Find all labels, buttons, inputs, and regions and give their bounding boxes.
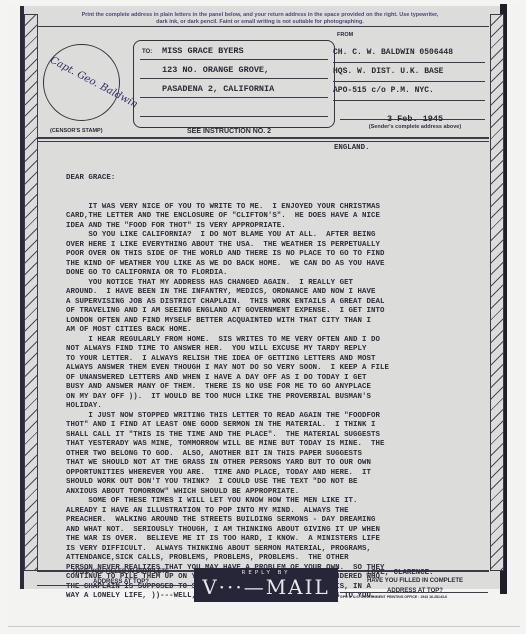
letter-body: DEAR GRACE: IT WAS VERY NICE OF YOU TO W… xyxy=(66,140,496,611)
letter-line: I HEAR REGULARLY FROM HOME. SIS WRITES T… xyxy=(66,336,496,346)
letter-line: ALREADY I HAVE AN ILLUSTRATION TO POP IN… xyxy=(66,507,496,517)
letter-line: THOT" AND I FIND AT LEAST ONE GOOD SERMO… xyxy=(66,421,496,431)
letter-line: SOME OF THESE TIMES I WILL LET YOU KNOW … xyxy=(66,497,496,507)
letter-line: OTHER TWO BELONG TO GOD. ALSO, ANOTHER B… xyxy=(66,450,496,460)
vmail-logo: V···—MAIL xyxy=(194,576,338,598)
censor-stamp: Capt. Geo. Baldwin xyxy=(43,44,120,121)
letter-line: ATTENDANCE,SICK CALLS, PROBLEMS, PROBLEM… xyxy=(66,554,496,564)
letter-line: SHALL CALL IT "THIS IS THE TIME AND THE … xyxy=(66,431,496,441)
censor-signature: Capt. Geo. Baldwin xyxy=(48,55,124,102)
letter-line: SHOULD WORK OUT DON'T YOU THINK? I COULD… xyxy=(66,478,496,488)
letter-line: OF UNANSWERED LETTERS AND WHEN I HAVE A … xyxy=(66,374,496,384)
letter-line: THAT WE SHOULD NOT AT THE GRASS IN OTHER… xyxy=(66,459,496,469)
letter-line: LONDON OFTEN AND FIND MYSELF BETTER ACQU… xyxy=(66,317,496,327)
letter-line: TO YOUR LETTER. I ALWAYS RELISH THE IDEA… xyxy=(66,355,496,365)
letter-lines: IT WAS VERY NICE OF YOU TO WRITE TO ME. … xyxy=(66,203,496,602)
letter-line: AND WHAT NOT. SERIOUSLY THOUGH, I AM THI… xyxy=(66,526,496,536)
vmail-logo-panel: REPLY BY V···—MAIL xyxy=(194,568,338,602)
letter-line: CARD,THE LETTER AND THE ENCLOSURE OF "CL… xyxy=(66,212,496,222)
to-address-line: 123 NO. ORANGE GROVE, xyxy=(140,62,328,79)
letter-line: DONE GO TO CALIFORNIA OR TO FLORDIA. xyxy=(66,269,496,279)
letter-date: 3 Feb. 1945 xyxy=(355,115,475,124)
letter-line: A SUPERVISING JOB AS DISTRICT CHAPLAIN. … xyxy=(66,298,496,308)
letter-line: BUSY AND ANSWER MANY OF THEM. THERE IS N… xyxy=(66,383,496,393)
letter-line: AM OF MOST CITIES BACK HOME. xyxy=(66,326,496,336)
letter-line: THE WAR IS OVER. BELIEVE ME IT IS TOO HA… xyxy=(66,535,496,545)
letter-line: THE KIND OF WEATHER YOU LIKE AS WE DO BA… xyxy=(66,260,496,270)
letter-line: OPPORTUNITIES WHEREVER YOU ARE. TIME AND… xyxy=(66,469,496,479)
reminder-text: HAVE YOU FILLED IN COMPLETE xyxy=(350,576,480,586)
header-divider xyxy=(37,137,489,139)
letter-line: IDEA AND THE "FOOD FOR THOT" IS VERY APP… xyxy=(66,222,496,232)
letter-line: ON MY DAY OFF )). IT WOULD BE TOO MUCH L… xyxy=(66,393,496,403)
censor-stamp-label: (CENSOR'S STAMP) xyxy=(50,128,103,134)
letter-line: IS VERY DIFFICULT. ALWAYS THINKING ABOUT… xyxy=(66,545,496,555)
letter-line: OVER HERE I LIKE EVERYTHING ABOUT THE US… xyxy=(66,241,496,251)
letter-line: ANXIOUS ABOUT TOMORROW" WHICH SHOULD BE … xyxy=(66,488,496,498)
to-address-line: PASADENA 2, CALIFORNIA xyxy=(140,81,328,98)
to-address-panel: TO: MISS GRACE BYERS 123 NO. ORANGE GROV… xyxy=(133,40,335,128)
printer-note: GPO ★ U.S. GOVERNMENT PRINTING OFFICE : … xyxy=(340,595,447,599)
letter-line: IT WAS VERY NICE OF YOU TO WRITE TO ME. … xyxy=(66,203,496,213)
from-label: FROM xyxy=(337,32,353,38)
letter-line: HOLIDAY. xyxy=(66,402,496,412)
letter-line: YOU NOTICE THAT MY ADDRESS HAS CHANGED A… xyxy=(66,279,496,289)
address-reminder-right: HAVE YOU FILLED IN COMPLETE ADDRESS AT T… xyxy=(350,576,480,596)
from-address-line: CH. C. W. BALDWIN 0506448 xyxy=(333,44,485,63)
letter-line: NOT ALWAYS FIND TIME TO ANSWER HER. YOU … xyxy=(66,345,496,355)
letter-line: THAT YESTERADY WAS MINE, TOMMORROW WILL … xyxy=(66,440,496,450)
printing-instructions: Print the complete address in plain lett… xyxy=(80,12,440,26)
reminder-text: HAVE YOU FILLED IN COMPLETE xyxy=(56,567,186,577)
letter-line: POOR OVER ON THIS SIDE OF THE WORLD AND … xyxy=(66,250,496,260)
salutation: DEAR GRACE: xyxy=(66,174,496,184)
date-note: (Sender's complete address above) xyxy=(350,124,480,130)
reminder-text: ADDRESS AT TOP? xyxy=(56,577,186,587)
from-address-line: APO-515 c/o P.M. NYC. xyxy=(333,82,485,101)
letter-line: ALWAYS ANSWER THEM EVEN THOUGH I MAY NOT… xyxy=(66,364,496,374)
letter-line: I JUST NOW STOPPED WRITING THIS LETTER T… xyxy=(66,412,496,422)
address-reminder-left: HAVE YOU FILLED IN COMPLETE ADDRESS AT T… xyxy=(56,567,186,587)
letter-line: PREACHER. WALKING AROUND THE STREETS BUI… xyxy=(66,516,496,526)
from-address-line: HQS. W. DIST. U.K. BASE xyxy=(333,63,485,82)
left-hatched-margin xyxy=(24,14,38,571)
see-instruction-label: SEE INSTRUCTION NO. 2 xyxy=(187,128,271,135)
to-address-line xyxy=(140,100,328,117)
letter-line: OF TRAVELING AND I AM SEEING ENGLAND AT … xyxy=(66,307,496,317)
to-address-line: MISS GRACE BYERS xyxy=(140,43,328,60)
letter-line: AROUND. I HAVE BEEN IN THE INFANTRY, MED… xyxy=(66,288,496,298)
letter-line: SO YOU LIKE CALIFORNIA? I DO NOT BLAME Y… xyxy=(66,231,496,241)
